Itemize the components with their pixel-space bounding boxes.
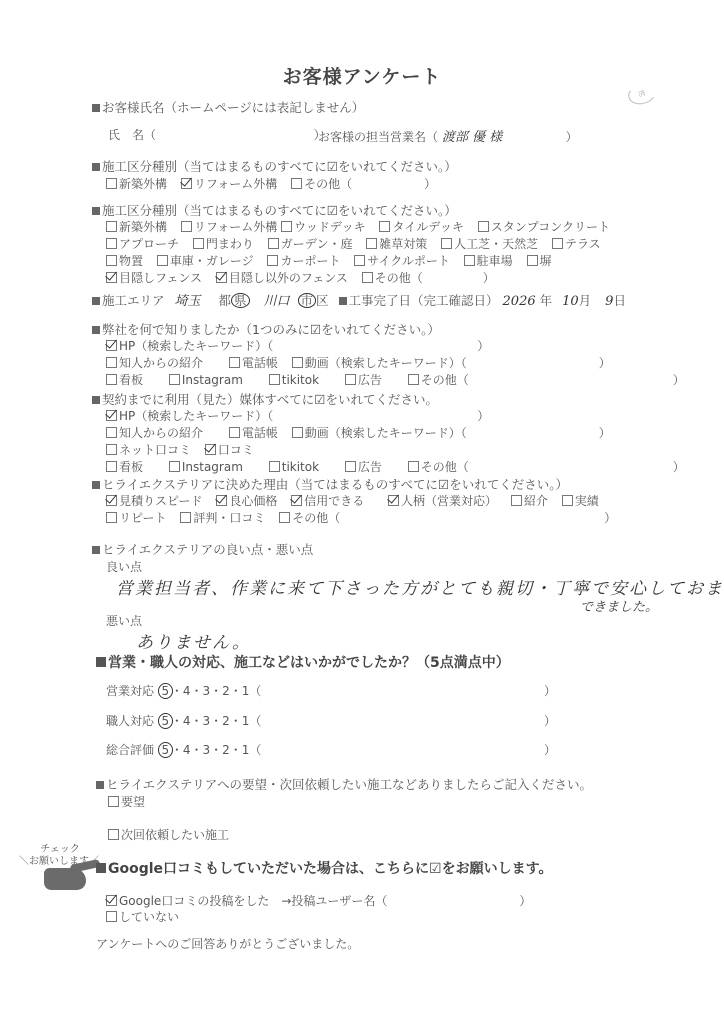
- option-label: その他（ ）: [421, 373, 685, 387]
- checkbox-icon[interactable]: [279, 512, 290, 523]
- option-label: その他（ ）: [375, 271, 495, 285]
- checkbox-icon[interactable]: [106, 444, 117, 455]
- checkbox-icon[interactable]: [408, 461, 419, 472]
- checkbox-checked-icon[interactable]: [106, 495, 117, 506]
- city-value[interactable]: 川口: [264, 294, 290, 309]
- checkbox-request[interactable]: 要望: [108, 793, 145, 810]
- checkbox-icon[interactable]: [106, 357, 117, 368]
- section-customer-name: お客様氏名（ホームページには表記しません）: [92, 98, 364, 116]
- checkbox-checked-icon[interactable]: [388, 495, 399, 506]
- section-label: ヒライエクステリアへの要望・次回依頼したい施工などありましたらご記入ください。: [106, 777, 592, 792]
- option-label: ウッドデッキ: [294, 220, 366, 234]
- section-ratings: 営業・職人の対応、施工などはいかがでしたか？（5点満点中）: [96, 652, 510, 672]
- checkbox-new-construction[interactable]: 新築外構: [106, 177, 167, 191]
- option-label: ネット口コミ: [119, 443, 191, 457]
- checkbox-icon[interactable]: [157, 255, 168, 266]
- checkbox-icon[interactable]: [292, 357, 303, 368]
- checkbox-checked-icon[interactable]: [106, 410, 117, 421]
- year-label: 年: [540, 293, 553, 308]
- option-label: テラス: [565, 237, 601, 251]
- checkbox-icon[interactable]: [106, 461, 117, 472]
- checkbox-icon[interactable]: [464, 255, 475, 266]
- customer-name-field[interactable]: 氏 名（ ）: [108, 126, 326, 143]
- bullet-square-icon: [96, 781, 104, 789]
- option-label: その他（ ）: [304, 177, 436, 191]
- checkbox-icon[interactable]: [106, 512, 117, 523]
- option-label: スタンプコンクリート: [491, 220, 610, 234]
- option-label: リピート: [119, 511, 167, 525]
- bullet-square-icon: [92, 326, 100, 334]
- option-label: 車庫・ガレージ: [170, 254, 254, 268]
- rating-label: 総合評価: [106, 743, 154, 757]
- section-work-category: 施工区分種別（当てはまるものすべてに☑をいれてください。）: [92, 157, 457, 175]
- section-media-used: 契約までに利用（見た）媒体すべてに☑をいれてください。: [92, 390, 438, 408]
- option-label: アプローチ: [119, 237, 179, 251]
- section-how-found: 弊社を何で知りましたか（1つのみに☑をいれてください。）: [92, 320, 440, 338]
- checkbox-icon[interactable]: [478, 221, 489, 232]
- checkbox-reform[interactable]: リフォーム外構: [181, 177, 277, 191]
- option-label: カーポート: [280, 254, 340, 268]
- option-label: 動画（検索したキーワード）（ ）: [305, 426, 611, 440]
- good-points-value-line2[interactable]: できました。: [580, 596, 658, 615]
- close-paren: ）: [544, 682, 556, 699]
- checkbox-icon[interactable]: [106, 374, 117, 385]
- checkbox-icon[interactable]: [281, 221, 292, 232]
- bad-points-label: 悪い点: [106, 612, 142, 629]
- option-label: 新築外構: [119, 177, 167, 191]
- section-label: ヒライエクステリアの良い点・悪い点: [102, 542, 313, 557]
- option-label: Google口コミの投稿をした →投稿ユーザー名（ ）: [119, 894, 531, 908]
- checkbox-google-not-posted[interactable]: していない: [106, 908, 179, 925]
- option-label: リフォーム外構: [194, 220, 277, 234]
- checkbox-checked-icon[interactable]: [106, 340, 117, 351]
- work-category-options: 新築外構 リフォーム外構 その他（ ）: [106, 175, 446, 192]
- bullet-square-icon: [92, 104, 100, 112]
- how-found-row-3: 看板 Instagram tikitok 広告 その他（ ）: [106, 371, 695, 388]
- checkbox-icon[interactable]: [106, 911, 117, 922]
- work-type-row-3: 物置 車庫・ガレージ カーポート サイクルポート 駐車場 塀: [106, 252, 562, 269]
- rating-label: 職人対応: [106, 714, 154, 728]
- section-label: Google口コミもしていただいた場合は、こちらに☑をお願いします。: [108, 861, 552, 877]
- work-type-row-1: 新築外構 リフォーム外構 ウッドデッキ タイルデッキ スタンプコンクリート: [106, 218, 620, 235]
- bad-points-value[interactable]: ありません。: [136, 628, 251, 653]
- option-label: 物置: [119, 254, 143, 268]
- section-area-date: 施工エリア 埼玉 都県 川口 市区 工事完了日（完工確認日） 2026 年 10…: [92, 290, 626, 309]
- checkbox-checked-icon[interactable]: [205, 444, 216, 455]
- how-found-row-1: HP（検索したキーワード）（ ）: [106, 337, 499, 354]
- bullet-square-icon: [92, 481, 100, 489]
- how-found-row-2: 知人からの紹介 電話帳 動画（検索したキーワード）（ ）: [106, 354, 621, 371]
- checkbox-icon[interactable]: [229, 357, 240, 368]
- checkbox-icon[interactable]: [292, 427, 303, 438]
- option-label: 新築外構: [119, 220, 167, 234]
- option-label: 看板: [119, 460, 143, 474]
- checkbox-icon[interactable]: [181, 221, 192, 232]
- option-label: 良心価格: [229, 494, 277, 508]
- checkbox-checked-icon[interactable]: [291, 495, 302, 506]
- close-paren: ）: [544, 712, 556, 729]
- option-label: Instagram: [182, 373, 243, 387]
- section-requests: ヒライエクステリアへの要望・次回依頼したい施工などありましたらご記入ください。: [96, 775, 592, 793]
- option-label: 広告: [358, 460, 382, 474]
- bullet-square-icon: [92, 163, 100, 171]
- section-feedback: ヒライエクステリアの良い点・悪い点: [92, 540, 313, 558]
- option-label: タイルデッキ: [392, 220, 464, 234]
- bullet-square-icon: [92, 297, 100, 305]
- name-label: 氏 名（: [108, 128, 156, 142]
- ku-label: 区: [316, 293, 329, 308]
- work-type-row-2: アプローチ 門まわり ガーデン・庭 雑草対策 人工芝・天然芝 テラス: [106, 235, 611, 252]
- section-reasons: ヒライエクステリアに決めた理由（当てはまるものすべてに☑をいれてください。）: [92, 475, 568, 493]
- checkbox-icon[interactable]: [527, 255, 538, 266]
- bullet-square-icon: [92, 207, 100, 215]
- month-label: 月: [579, 293, 592, 308]
- checkbox-icon[interactable]: [106, 427, 117, 438]
- checkbox-icon[interactable]: [106, 221, 117, 232]
- rating-scale[interactable]: ・4・3・2・1（: [171, 714, 262, 728]
- option-label: 塀: [540, 254, 552, 268]
- option-label: 看板: [119, 373, 143, 387]
- sales-rep-label: お客様の担当営業名（: [318, 130, 438, 144]
- option-label: 門まわり: [206, 237, 254, 251]
- option-label: その他（ ）: [421, 460, 685, 474]
- checkbox-icon[interactable]: [269, 461, 280, 472]
- section-label: お客様氏名（ホームページには表記しません）: [102, 100, 364, 115]
- option-label: その他（ ）: [292, 511, 616, 525]
- option-label: 見積りスピード: [119, 494, 203, 508]
- good-points-label: 良い点: [106, 558, 142, 575]
- section-label: 営業・職人の対応、施工などはいかがでしたか？（5点満点中）: [108, 655, 510, 671]
- rating-scale[interactable]: ・4・3・2・1（: [171, 743, 262, 757]
- rating-overall: 総合評価 5・4・3・2・1（ ）: [106, 741, 556, 758]
- month-value[interactable]: 10: [562, 294, 579, 309]
- area-label: 施工エリア: [102, 293, 165, 308]
- checkbox-icon[interactable]: [511, 495, 522, 506]
- checkbox-icon[interactable]: [291, 178, 302, 189]
- reasons-row-1: 見積りスピード 良心価格 信用できる 人柄（営業対応） 紹介 実績: [106, 492, 609, 509]
- option-label: 電話帳: [242, 356, 278, 370]
- checkbox-next-work[interactable]: 次回依頼したい施工: [108, 826, 229, 843]
- checkbox-checked-icon[interactable]: [216, 272, 227, 283]
- media-row-4: 看板 Instagram tikitok 広告 その他（ ）: [106, 458, 695, 475]
- option-label: 目隠し以外のフェンス: [229, 271, 348, 285]
- checkbox-icon[interactable]: [108, 796, 119, 807]
- ken-label-circled: 県: [231, 293, 250, 308]
- option-label: HP（検索したキーワード）（ ）: [119, 339, 489, 353]
- option-label: 信用できる: [304, 494, 364, 508]
- checkbox-checked-icon[interactable]: [216, 495, 227, 506]
- section-google-review: Google口コミもしていただいた場合は、こちらに☑をお願いします。: [96, 858, 552, 878]
- page-title: お客様アンケート: [0, 62, 724, 89]
- bullet-square-icon: [96, 657, 106, 667]
- bullet-square-icon: [96, 863, 106, 873]
- to-label: 都: [219, 293, 232, 308]
- option-label: 知人からの紹介: [119, 426, 203, 440]
- option-label: HP（検索したキーワード）（ ）: [119, 409, 489, 423]
- option-label: 口コミ: [218, 443, 254, 457]
- rating-scale[interactable]: ・4・3・2・1（: [171, 684, 262, 698]
- checkbox-icon[interactable]: [408, 374, 419, 385]
- checkbox-icon[interactable]: [106, 255, 117, 266]
- section-label: ヒライエクステリアに決めた理由（当てはまるものすべてに☑をいれてください。）: [102, 477, 568, 492]
- checkbox-other[interactable]: その他（ ）: [291, 177, 436, 191]
- bullet-square-icon: [92, 546, 100, 554]
- sales-rep-value[interactable]: 渡部 優 様: [442, 126, 562, 145]
- option-label: サイクルポート: [367, 254, 450, 268]
- checkbox-icon[interactable]: [108, 829, 119, 840]
- section-label: 施工区分種別（当てはまるものすべてに☑をいれてください。）: [102, 203, 457, 218]
- checkbox-google-posted[interactable]: Google口コミの投稿をした →投稿ユーザー名（ ）: [106, 892, 531, 909]
- checkbox-icon[interactable]: [345, 374, 356, 385]
- prefecture-value[interactable]: 埼玉: [175, 294, 201, 309]
- option-label: していない: [119, 910, 179, 924]
- checkbox-icon[interactable]: [229, 427, 240, 438]
- checkbox-icon[interactable]: [180, 512, 191, 523]
- reasons-row-2: リピート 評判・口コミ その他（ ）: [106, 509, 626, 526]
- day-label: 日: [613, 293, 626, 308]
- checkbox-icon[interactable]: [269, 374, 280, 385]
- option-label: Instagram: [182, 460, 243, 474]
- checkbox-icon[interactable]: [562, 495, 573, 506]
- checkbox-icon[interactable]: [267, 255, 278, 266]
- media-row-1: HP（検索したキーワード）（ ）: [106, 407, 499, 424]
- checkbox-checked-icon[interactable]: [106, 895, 117, 906]
- completion-date-label: 工事完了日（完工確認日）: [349, 293, 499, 308]
- option-label: 人工芝・天然芝: [454, 237, 538, 251]
- option-label: 評判・口コミ: [193, 511, 265, 525]
- bullet-square-icon: [92, 396, 100, 404]
- option-label: 要望: [121, 795, 145, 809]
- option-label: tikitok: [282, 460, 319, 474]
- option-label: 駐車場: [477, 254, 513, 268]
- shi-label-circled: 市: [298, 293, 317, 308]
- checkbox-icon[interactable]: [193, 238, 204, 249]
- option-label: リフォーム外構: [194, 177, 277, 191]
- work-type-row-4: 目隠しフェンス 目隠し以外のフェンス その他（ ）: [106, 269, 505, 286]
- checkbox-icon[interactable]: [362, 272, 373, 283]
- option-label: 雑草対策: [379, 237, 427, 251]
- year-value[interactable]: 2026: [503, 294, 536, 309]
- media-row-3: ネット口コミ 口コミ: [106, 441, 264, 458]
- media-row-2: 知人からの紹介 電話帳 動画（検索したキーワード）（ ）: [106, 424, 621, 441]
- rating-sales: 営業対応 5・4・3・2・1（ ）: [106, 682, 556, 699]
- option-label: 次回依頼したい施工: [121, 828, 229, 842]
- checkbox-icon[interactable]: [169, 374, 180, 385]
- checkbox-checked-icon[interactable]: [106, 272, 117, 283]
- checkbox-icon[interactable]: [169, 461, 180, 472]
- checkbox-icon[interactable]: [106, 238, 117, 249]
- option-label: 知人からの紹介: [119, 356, 203, 370]
- section-label: 施工区分種別（当てはまるものすべてに☑をいれてください。）: [102, 159, 457, 174]
- rating-label: 営業対応: [106, 684, 154, 698]
- option-label: 動画（検索したキーワード）（ ）: [305, 356, 611, 370]
- option-label: 実績: [575, 494, 599, 508]
- option-label: ガーデン・庭: [281, 237, 353, 251]
- sales-rep-field[interactable]: お客様の担当営業名（ 渡部 優 様 ）: [318, 126, 578, 145]
- close-paren: ）: [544, 741, 556, 758]
- option-label: 人柄（営業対応）: [401, 494, 497, 508]
- checkbox-icon[interactable]: [552, 238, 563, 249]
- option-label: 目隠しフェンス: [119, 271, 202, 285]
- section-label: 弊社を何で知りましたか（1つのみに☑をいれてください。）: [102, 322, 440, 337]
- section-label: 契約までに利用（見た）媒体すべてに☑をいれてください。: [102, 392, 438, 407]
- thanks-message: アンケートへのご回答ありがとうございました。: [96, 935, 359, 952]
- checkbox-icon[interactable]: [441, 238, 452, 249]
- checkbox-icon[interactable]: [379, 221, 390, 232]
- checkbox-icon[interactable]: [354, 255, 365, 266]
- rating-craftsman: 職人対応 5・4・3・2・1（ ）: [106, 712, 556, 729]
- bullet-square-icon: [339, 297, 347, 305]
- option-label: 電話帳: [242, 426, 278, 440]
- option-label: 広告: [358, 373, 382, 387]
- checkbox-icon[interactable]: [268, 238, 279, 249]
- checkbox-checked-icon[interactable]: [181, 178, 192, 189]
- pointing-hand-icon: [44, 868, 86, 890]
- section-work-type: 施工区分種別（当てはまるものすべてに☑をいれてください。）: [92, 201, 457, 219]
- option-label: tikitok: [282, 373, 319, 387]
- option-label: 紹介: [524, 494, 548, 508]
- sales-rep-close-paren: ）: [566, 130, 578, 144]
- checkbox-icon[interactable]: [106, 178, 117, 189]
- checkbox-icon[interactable]: [345, 461, 356, 472]
- checkbox-icon[interactable]: [366, 238, 377, 249]
